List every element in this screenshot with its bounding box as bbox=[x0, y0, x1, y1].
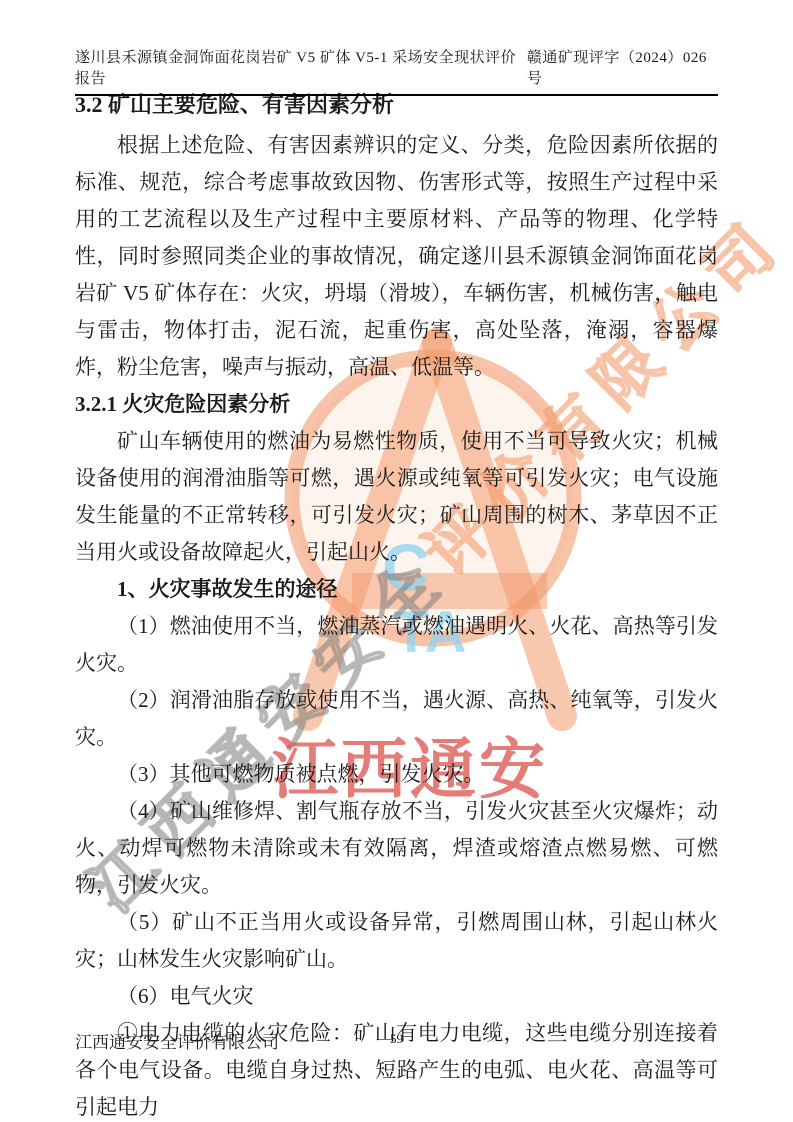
list-item-6: （6）电气火灾 bbox=[75, 978, 718, 1015]
list-item-5: （5）矿山不正当用火或设备异常，引燃周围山林，引起山林火灾；山林发生火灾影响矿山… bbox=[75, 904, 718, 978]
document-page: C TA 江西通安安全评价有限公司 江西通安 遂川县禾源镇金洞饰面花岗岩矿 V5… bbox=[0, 0, 793, 1122]
page-number: 59 bbox=[75, 1031, 718, 1047]
list-item-3: （3）其他可燃物质被点燃，引发火灾。 bbox=[75, 756, 718, 793]
header-document-number: 赣通矿现评字（2024）026 号 bbox=[527, 46, 718, 88]
page-header: 遂川县禾源镇金洞饰面花岗岩矿 V5 矿体 V5-1 采场安全现状评价报告 赣通矿… bbox=[75, 46, 718, 96]
header-report-title: 遂川县禾源镇金洞饰面花岗岩矿 V5 矿体 V5-1 采场安全现状评价报告 bbox=[75, 46, 527, 88]
list-item-2: （2）润滑油脂存放或使用不当，遇火源、高热、纯氧等，引发火灾。 bbox=[75, 682, 718, 756]
list-heading: 1、火灾事故发生的途径 bbox=[75, 571, 718, 608]
page-footer: 江西通安安全评价有限公司 59 bbox=[75, 1028, 718, 1058]
document-body: 3.2 矿山主要危险、有害因素分析 根据上述危险、有害因素辨识的定义、分类，危险… bbox=[75, 86, 718, 1122]
paragraph-fire-analysis: 矿山车辆使用的燃油为易燃性物质，使用不当可导致火灾；机械设备使用的润滑油脂等可燃… bbox=[75, 423, 718, 571]
list-item-1: （1）燃油使用不当，燃油蒸汽或燃油遇明火、火花、高热等引发火灾。 bbox=[75, 608, 718, 682]
subsection-heading: 3.2.1 火灾危险因素分析 bbox=[75, 386, 718, 423]
paragraph-intro: 根据上述危险、有害因素辨识的定义、分类，危险因素所依据的标准、规范，综合考虑事故… bbox=[75, 127, 718, 386]
list-item-4: （4）矿山维修焊、割气瓶存放不当，引发火灾甚至火灾爆炸；动火、动焊可燃物未清除或… bbox=[75, 793, 718, 904]
